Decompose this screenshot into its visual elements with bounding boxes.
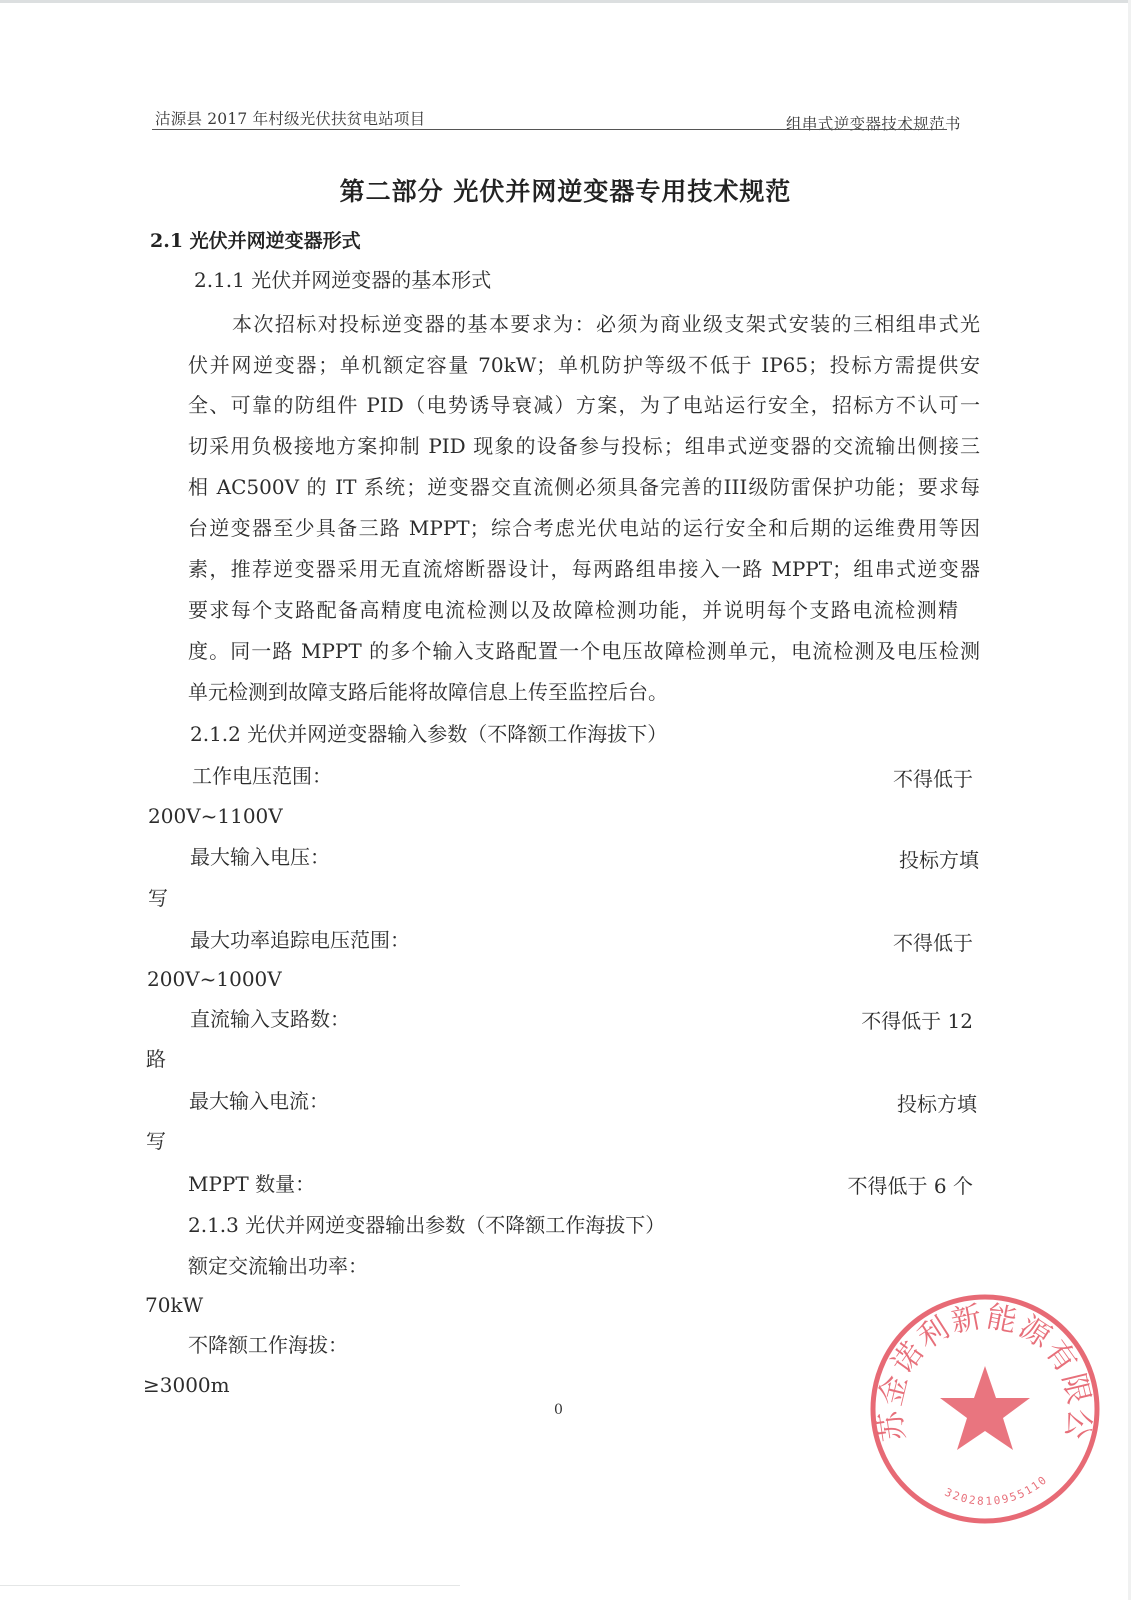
param-label-max-input-voltage: 最大输入电压： [190, 843, 330, 871]
paragraph-line: 相 AC500V 的 IT 系统；逆变器交直流侧必须具备完善的III级防雷保护功… [188, 473, 980, 501]
subsection-heading-2-1-1: 2.1.1 光伏并网逆变器的基本形式 [194, 266, 491, 294]
param-value-wrap: ≥3000m [143, 1371, 230, 1399]
param-value-max-input-current: 投标方填 [897, 1090, 977, 1118]
paragraph-line: 度。同一路 MPPT 的多个输入支路配置一个电压故障检测单元，电流检测及电压检测 [188, 637, 980, 665]
param-value-working-voltage-range: 不得低于 [893, 765, 973, 793]
seal-star-icon [940, 1366, 1030, 1450]
param-label-dc-input-strings: 直流输入支路数： [190, 1005, 350, 1033]
paragraph-line: 素，推荐逆变器采用无直流熔断器设计，每两路组串接入一路 MPPT；组串式逆变器 [188, 555, 980, 583]
seal-registration-number: 3202810955110 [943, 1473, 1051, 1508]
param-label-max-input-current: 最大输入电流： [189, 1087, 329, 1115]
header-project-name: 沽源县 2017 年村级光伏扶贫电站项目 [155, 107, 425, 129]
paragraph-line: 要求每个支路配备高精度电流检测以及故障检测功能，并说明每个支路电流检测精 [188, 596, 958, 624]
paragraph-line: 切采用负极接地方案抑制 PID 现象的设备参与投标；组串式逆变器的交流输出侧接三 [188, 432, 980, 460]
paragraph-line: 台逆变器至少具备三路 MPPT；综合考虑光伏电站的运行安全和后期的运维费用等因 [188, 514, 980, 542]
subsection-heading-2-1-3: 2.1.3 光伏并网逆变器输出参数（不降额工作海拔下） [188, 1211, 665, 1239]
scan-edge-bottom [0, 1585, 460, 1586]
subsection-heading-2-1-2: 2.1.2 光伏并网逆变器输入参数（不降额工作海拔下） [190, 720, 667, 748]
param-value-mppt-voltage-range: 不得低于 [893, 929, 973, 957]
param-label-rated-ac-output-power: 额定交流输出功率： [188, 1252, 368, 1280]
page-number: 0 [554, 1402, 563, 1418]
paragraph-line: 全、可靠的防组件 PID（电势诱导衰减）方案，为了电站运行安全，招标方不认可一 [188, 391, 980, 419]
param-label-derating-free-altitude: 不降额工作海拔： [188, 1331, 348, 1359]
scan-edge-top [0, 0, 1131, 3]
param-label-working-voltage-range: 工作电压范围： [192, 762, 332, 790]
param-value-mppt-count: 不得低于 6 个 [848, 1172, 973, 1200]
paragraph-line: 本次招标对投标逆变器的基本要求为：必须为商业级支架式安装的三相组串式光 [232, 310, 980, 338]
param-value-wrap: 写 [146, 1127, 166, 1155]
page-title: 第二部分 光伏并网逆变器专用技术规范 [0, 172, 1131, 208]
param-value-wrap: 70kW [145, 1291, 203, 1319]
param-value-wrap: 路 [146, 1045, 166, 1073]
param-label-mppt-voltage-range: 最大功率追踪电压范围： [190, 926, 410, 954]
section-heading-2-1: 2.1 光伏并网逆变器形式 [150, 226, 361, 253]
param-value-wrap: 200V~1000V [147, 965, 282, 993]
header-document-name: 组串式逆变器技术规范书 [786, 112, 961, 134]
param-value-max-input-voltage: 投标方填 [899, 846, 979, 874]
paragraph-line: 伏并网逆变器；单机额定容量 70kW；单机防护等级不低于 IP65；投标方需提供… [188, 351, 980, 379]
seal-stamp-icon: 江苏金诺利新能源有限公司 3202810955110 [866, 1290, 1104, 1528]
paragraph-line: 单元检测到故障支路后能将故障信息上传至监控后台。 [188, 678, 980, 706]
param-value-wrap: 写 [148, 884, 168, 912]
param-value-dc-input-strings: 不得低于 12 [861, 1007, 973, 1035]
company-seal: 江苏金诺利新能源有限公司 3202810955110 [866, 1290, 1104, 1528]
param-label-mppt-count: MPPT 数量： [188, 1170, 315, 1198]
param-value-wrap: 200V~1100V [148, 802, 283, 830]
header-rule [152, 129, 947, 130]
